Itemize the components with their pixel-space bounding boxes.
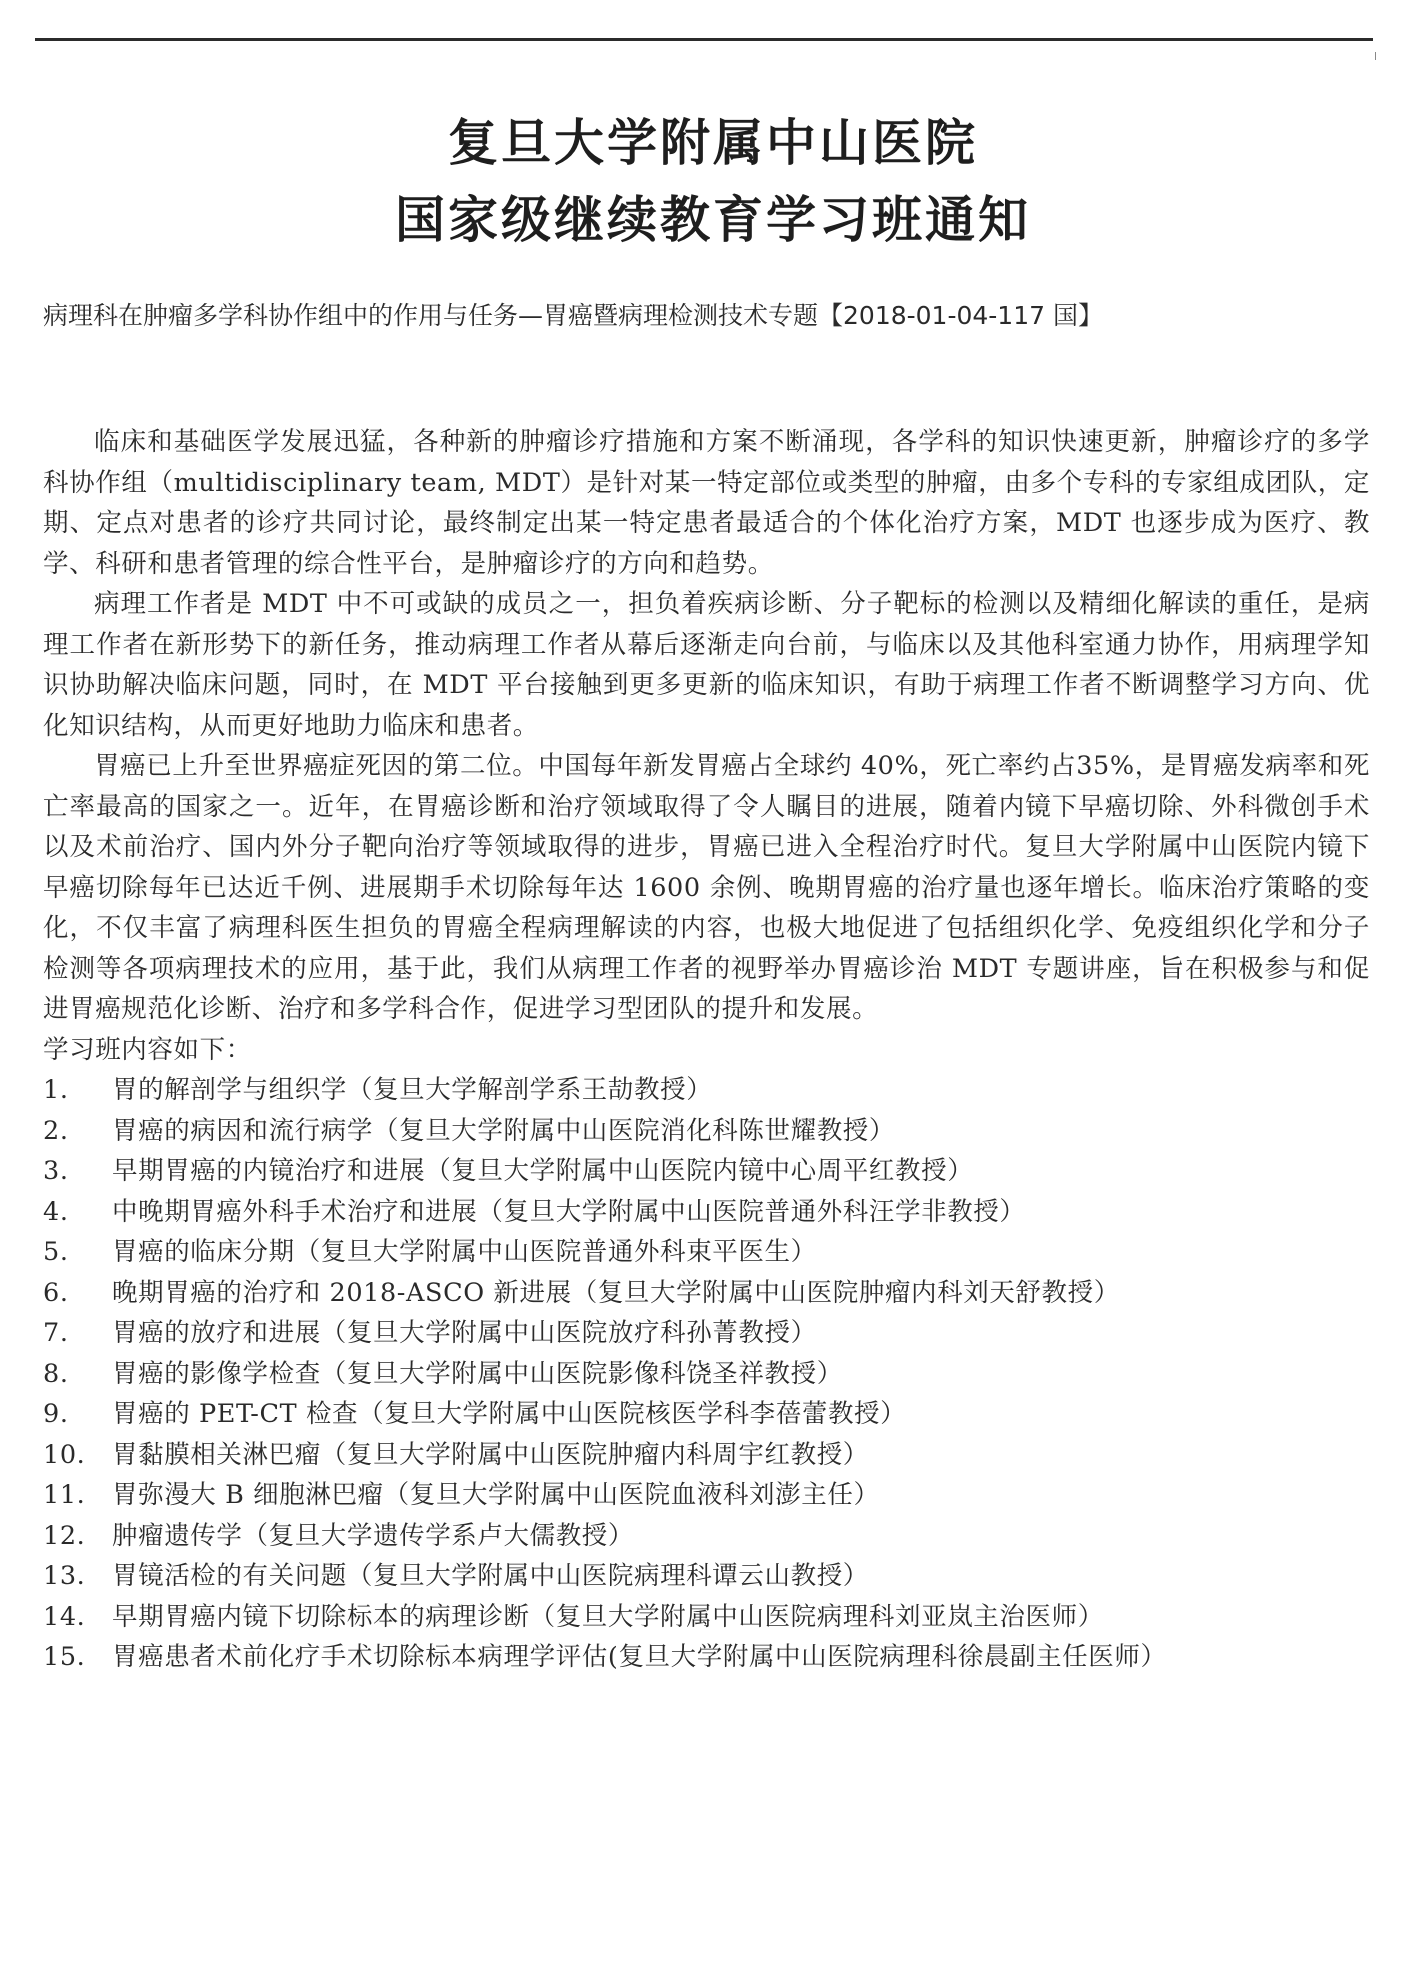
title-notice: 国家级继续教育学习班通知 <box>0 180 1426 252</box>
item-number: 3. <box>43 1151 112 1192</box>
list-item: 10.胃黏膜相关淋巴瘤（复旦大学附属中山医院肿瘤内科周宇红教授） <box>43 1435 1370 1476</box>
document-body: 临床和基础医学发展迅猛，各种新的肿瘤诊疗措施和方案不断涌现，各学科的知识快速更新… <box>43 422 1370 1678</box>
item-number: 13. <box>43 1556 112 1597</box>
item-text: 早期胃癌的内镜治疗和进展（复旦大学附属中山医院内镜中心周平红教授） <box>112 1151 1370 1192</box>
list-item: 5.胃癌的临床分期（复旦大学附属中山医院普通外科束平医生） <box>43 1232 1370 1273</box>
list-item: 9.胃癌的 PET-CT 检查（复旦大学附属中山医院核医学科李蓓蕾教授） <box>43 1394 1370 1435</box>
item-number: 6. <box>43 1273 112 1314</box>
paragraph-intro: 临床和基础医学发展迅猛，各种新的肿瘤诊疗措施和方案不断涌现，各学科的知识快速更新… <box>43 422 1370 584</box>
item-number: 15. <box>43 1637 112 1678</box>
header-rule <box>35 38 1373 41</box>
item-number: 5. <box>43 1232 112 1273</box>
list-item: 8.胃癌的影像学检查（复旦大学附属中山医院影像科饶圣祥教授） <box>43 1354 1370 1395</box>
course-list-intro: 学习班内容如下： <box>43 1030 1370 1071</box>
item-text: 晚期胃癌的治疗和 2018-ASCO 新进展（复旦大学附属中山医院肿瘤内科刘天舒… <box>112 1273 1370 1314</box>
title-hospital: 复旦大学附属中山医院 <box>0 103 1426 175</box>
item-text: 胃癌的临床分期（复旦大学附属中山医院普通外科束平医生） <box>112 1232 1370 1273</box>
list-item: 6.晚期胃癌的治疗和 2018-ASCO 新进展（复旦大学附属中山医院肿瘤内科刘… <box>43 1273 1370 1314</box>
item-number: 1. <box>43 1070 112 1111</box>
item-number: 7. <box>43 1313 112 1354</box>
item-text: 中晚期胃癌外科手术治疗和进展（复旦大学附属中山医院普通外科汪学非教授） <box>112 1192 1370 1233</box>
list-item: 11.胃弥漫大 B 细胞淋巴瘤（复旦大学附属中山医院血液科刘澎主任） <box>43 1475 1370 1516</box>
item-text: 胃癌的病因和流行病学（复旦大学附属中山医院消化科陈世耀教授） <box>112 1111 1370 1152</box>
list-item: 1.胃的解剖学与组织学（复旦大学解剖学系王劼教授） <box>43 1070 1370 1111</box>
list-item: 13.胃镜活检的有关问题（复旦大学附属中山医院病理科谭云山教授） <box>43 1556 1370 1597</box>
item-text: 胃弥漫大 B 细胞淋巴瘤（复旦大学附属中山医院血液科刘澎主任） <box>112 1475 1370 1516</box>
paragraph-gastric-cancer: 胃癌已上升至世界癌症死因的第二位。中国每年新发胃癌占全球约 40%，死亡率约占3… <box>43 746 1370 1030</box>
item-text: 胃的解剖学与组织学（复旦大学解剖学系王劼教授） <box>112 1070 1370 1111</box>
list-item: 14.早期胃癌内镜下切除标本的病理诊断（复旦大学附属中山医院病理科刘亚岚主治医师… <box>43 1597 1370 1638</box>
item-text: 胃癌的放疗和进展（复旦大学附属中山医院放疗科孙菁教授） <box>112 1313 1370 1354</box>
item-text: 早期胃癌内镜下切除标本的病理诊断（复旦大学附属中山医院病理科刘亚岚主治医师） <box>112 1597 1370 1638</box>
list-item: 2.胃癌的病因和流行病学（复旦大学附属中山医院消化科陈世耀教授） <box>43 1111 1370 1152</box>
item-number: 12. <box>43 1516 112 1557</box>
item-text: 肿瘤遗传学（复旦大学遗传学系卢大儒教授） <box>112 1516 1370 1557</box>
list-item: 4.中晚期胃癌外科手术治疗和进展（复旦大学附属中山医院普通外科汪学非教授） <box>43 1192 1370 1233</box>
list-item: 15.胃癌患者术前化疗手术切除标本病理学评估(复旦大学附属中山医院病理科徐晨副主… <box>43 1637 1370 1678</box>
scan-mark <box>1375 52 1376 60</box>
paragraph-pathology-role: 病理工作者是 MDT 中不可或缺的成员之一，担负着疾病诊断、分子靶标的检测以及精… <box>43 584 1370 746</box>
item-number: 11. <box>43 1475 112 1516</box>
item-number: 4. <box>43 1192 112 1233</box>
list-item: 12.肿瘤遗传学（复旦大学遗传学系卢大儒教授） <box>43 1516 1370 1557</box>
item-text: 胃癌患者术前化疗手术切除标本病理学评估(复旦大学附属中山医院病理科徐晨副主任医师… <box>112 1637 1370 1678</box>
item-text: 胃镜活检的有关问题（复旦大学附属中山医院病理科谭云山教授） <box>112 1556 1370 1597</box>
item-number: 14. <box>43 1597 112 1638</box>
list-item: 7.胃癌的放疗和进展（复旦大学附属中山医院放疗科孙菁教授） <box>43 1313 1370 1354</box>
course-subtitle: 病理科在肿瘤多学科协作组中的作用与任务—胃癌暨病理检测技术专题【2018-01-… <box>43 296 1388 332</box>
course-list: 1.胃的解剖学与组织学（复旦大学解剖学系王劼教授） 2.胃癌的病因和流行病学（复… <box>43 1070 1370 1678</box>
item-text: 胃黏膜相关淋巴瘤（复旦大学附属中山医院肿瘤内科周宇红教授） <box>112 1435 1370 1476</box>
item-text: 胃癌的 PET-CT 检查（复旦大学附属中山医院核医学科李蓓蕾教授） <box>112 1394 1370 1435</box>
item-number: 2. <box>43 1111 112 1152</box>
item-text: 胃癌的影像学检查（复旦大学附属中山医院影像科饶圣祥教授） <box>112 1354 1370 1395</box>
item-number: 8. <box>43 1354 112 1395</box>
list-item: 3.早期胃癌的内镜治疗和进展（复旦大学附属中山医院内镜中心周平红教授） <box>43 1151 1370 1192</box>
item-number: 9. <box>43 1394 112 1435</box>
item-number: 10. <box>43 1435 112 1476</box>
